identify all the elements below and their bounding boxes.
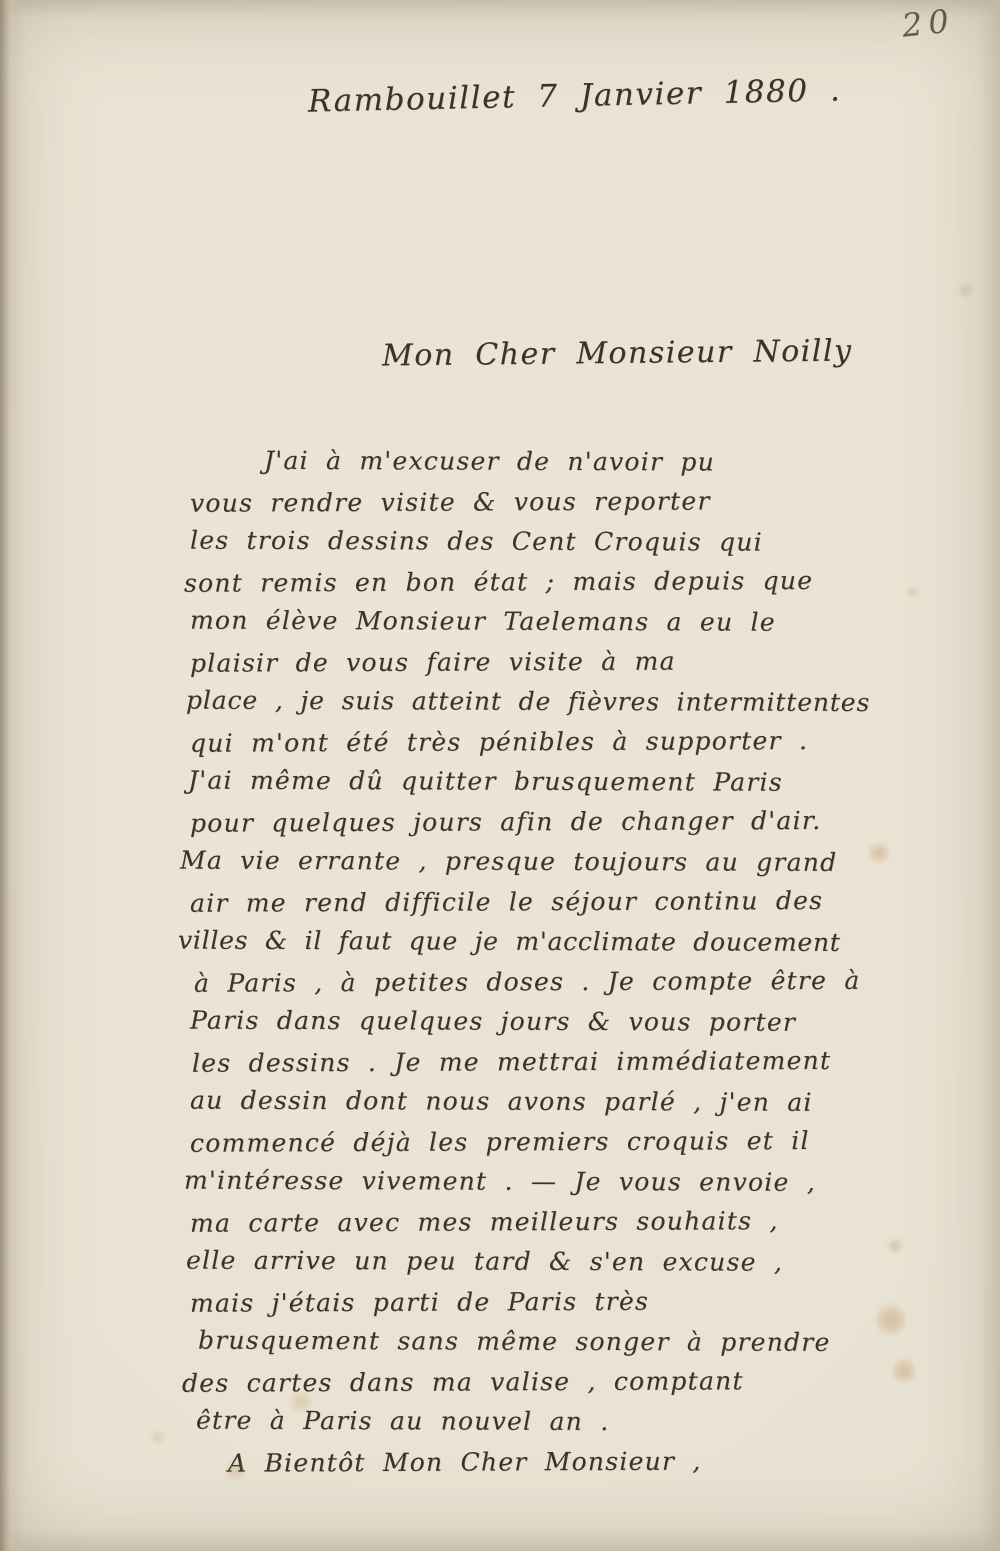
letter-line: sont remis en bon état ; mais depuis que (184, 560, 980, 603)
letter-line: au dessin dont nous avons parlé , j'en a… (190, 1081, 980, 1124)
letter-line: mais j'étais parti de Paris très (190, 1280, 980, 1323)
letter-dateline: Rambouillet 7 Janvier 1880 . (308, 72, 842, 119)
letter-line: J'ai à m'excuser de n'avoir pu (190, 441, 980, 484)
foxing-spot (148, 1430, 168, 1444)
letter-body: J'ai à m'excuser de n'avoir puvous rendr… (190, 442, 980, 1482)
letter-line: m'intéresse vivement . — Je vous envoie … (184, 1161, 980, 1204)
letter-line: villes & il faut que je m'acclimate douc… (178, 921, 980, 964)
letter-line: Paris dans quelques jours & vous porter (190, 1001, 980, 1044)
letter-page: 20 Rambouillet 7 Janvier 1880 . Mon Cher… (0, 0, 1000, 1551)
foxing-spot (956, 282, 976, 298)
pencil-page-number: 20 (900, 1, 956, 44)
letter-line: mon élève Monsieur Taelemans a eu le (190, 601, 980, 644)
letter-line: vous rendre visite & vous reporter (190, 480, 980, 523)
letter-line: air me rend difficile le séjour continu … (190, 880, 980, 923)
letter-line: les trois dessins des Cent Croquis qui (190, 521, 980, 564)
letter-line: plaisir de vous faire visite à ma (190, 640, 980, 683)
letter-line: ma carte avec mes meilleurs souhaits , (190, 1200, 980, 1243)
letter-line: brusquement sans même songer à prendre (198, 1321, 980, 1364)
letter-line: Ma vie errante , presque toujours au gra… (180, 841, 980, 884)
letter-salutation: Mon Cher Monsieur Noilly (382, 334, 853, 374)
letter-line: A Bientôt Mon Cher Monsieur , (228, 1440, 980, 1483)
letter-line: les dessins . Je me mettrai immédiatemen… (192, 1040, 980, 1083)
letter-line: à Paris , à petites doses . Je compte êt… (194, 960, 980, 1003)
letter-line: elle arrive un peu tard & s'en excuse , (186, 1241, 980, 1284)
letter-line: être à Paris au nouvel an . (196, 1401, 980, 1444)
paper-left-edge-shadow (0, 0, 10, 1551)
letter-line: pour quelques jours afin de changer d'ai… (190, 800, 980, 843)
letter-line: des cartes dans ma valise , comptant (182, 1360, 980, 1403)
letter-line: place , je suis atteint de fièvres inter… (186, 681, 980, 724)
letter-line: qui m'ont été très pénibles à supporter … (190, 720, 980, 763)
letter-line: J'ai même dû quitter brusquement Paris (188, 761, 980, 804)
letter-line: commencé déjà les premiers croquis et il (190, 1120, 980, 1163)
